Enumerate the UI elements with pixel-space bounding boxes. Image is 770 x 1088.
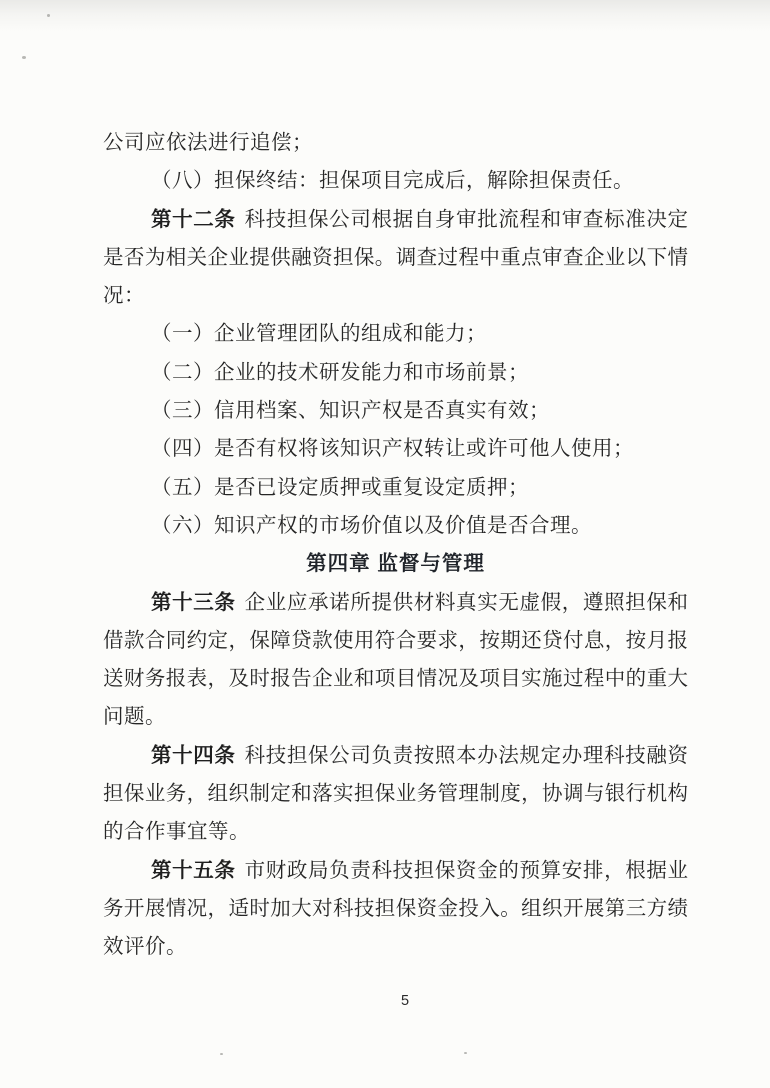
article-number: 第十三条 — [151, 592, 236, 614]
line-text: 况： — [103, 285, 145, 307]
line-text: 问题。 — [103, 706, 166, 728]
list-item-line: （五）是否已设定质押或重复设定质押； — [103, 469, 688, 507]
line-text: （六）知识产权的市场价值以及价值是否合理。 — [151, 515, 592, 537]
article-number: 第十五条 — [151, 860, 236, 882]
scan-speck — [22, 56, 26, 59]
line-text: 公司应依法进行追偿； — [103, 132, 313, 154]
line-text: （三）信用档案、知识产权是否真实有效； — [151, 400, 550, 422]
line-text: （八）担保终结：担保项目完成后，解除担保责任。 — [151, 170, 634, 192]
line-text: （四）是否有权将该知识产权转让或许可他人使用； — [151, 438, 634, 460]
body-line: 况： — [103, 277, 688, 315]
line-text: 借款合同约定，保障贷款使用符合要求，按期还贷付息，按月报 — [103, 630, 688, 652]
article-number: 第十四条 — [151, 745, 236, 767]
article-line: 第十三条企业应承诺所提供材料真实无虚假，遵照担保和 — [103, 584, 688, 622]
article-line: 第十二条科技担保公司根据自身审批流程和审查标准决定 — [103, 201, 688, 239]
line-text: 效评价。 — [103, 936, 187, 958]
line-text: 科技担保公司负责按照本办法规定办理科技融资 — [245, 745, 688, 767]
body-line: 务开展情况，适时加大对科技担保资金投入。组织开展第三方绩 — [103, 890, 688, 928]
scan-speck — [220, 1053, 223, 1055]
body-line: 公司应依法进行追偿； — [103, 124, 688, 162]
document-body: 公司应依法进行追偿； （八）担保终结：担保项目完成后，解除担保责任。 第十二条科… — [103, 124, 688, 967]
line-text: 担保业务，组织制定和落实担保业务管理制度，协调与银行机构 — [103, 783, 688, 805]
body-line: 借款合同约定，保障贷款使用符合要求，按期还贷付息，按月报 — [103, 622, 688, 660]
list-item-line: （二）企业的技术研发能力和市场前景； — [103, 354, 688, 392]
list-item-line: （三）信用档案、知识产权是否真实有效； — [103, 392, 688, 430]
scan-speck — [464, 1052, 467, 1054]
chapter-heading: 第四章 监督与管理 — [103, 545, 688, 583]
scan-shadow-top — [0, 0, 770, 32]
line-text: 送财务报表，及时报告企业和项目情况及项目实施过程中的重大 — [103, 668, 688, 690]
body-line: 是否为相关企业提供融资担保。调查过程中重点审查企业以下情 — [103, 239, 688, 277]
body-line: 效评价。 — [103, 928, 688, 966]
article-number: 第十二条 — [151, 209, 236, 231]
line-text: 的合作事宜等。 — [103, 821, 250, 843]
line-text: 企业应承诺所提供材料真实无虚假，遵照担保和 — [245, 592, 688, 614]
line-text: 市财政局负责科技担保资金的预算安排，根据业 — [245, 860, 688, 882]
article-line: 第十四条科技担保公司负责按照本办法规定办理科技融资 — [103, 737, 688, 775]
body-line: 的合作事宜等。 — [103, 813, 688, 851]
scanned-document-page: 公司应依法进行追偿； （八）担保终结：担保项目完成后，解除担保责任。 第十二条科… — [0, 0, 770, 1088]
body-line: 送财务报表，及时报告企业和项目情况及项目实施过程中的重大 — [103, 660, 688, 698]
chapter-heading-text: 第四章 监督与管理 — [306, 552, 485, 575]
clause-line: （八）担保终结：担保项目完成后，解除担保责任。 — [103, 162, 688, 200]
list-item-line: （四）是否有权将该知识产权转让或许可他人使用； — [103, 430, 688, 468]
line-text: 是否为相关企业提供融资担保。调查过程中重点审查企业以下情 — [103, 247, 688, 269]
list-item-line: （一）企业管理团队的组成和能力； — [103, 315, 688, 353]
scan-speck — [47, 14, 50, 17]
page-number: 5 — [40, 993, 770, 1009]
body-line: 问题。 — [103, 698, 688, 736]
body-line: 担保业务，组织制定和落实担保业务管理制度，协调与银行机构 — [103, 775, 688, 813]
line-text: （二）企业的技术研发能力和市场前景； — [151, 362, 529, 384]
line-text: 务开展情况，适时加大对科技担保资金投入。组织开展第三方绩 — [103, 898, 688, 920]
line-text: 科技担保公司根据自身审批流程和审查标准决定 — [245, 209, 688, 231]
article-line: 第十五条市财政局负责科技担保资金的预算安排，根据业 — [103, 852, 688, 890]
line-text: （一）企业管理团队的组成和能力； — [151, 323, 487, 345]
line-text: （五）是否已设定质押或重复设定质押； — [151, 477, 529, 499]
list-item-line: （六）知识产权的市场价值以及价值是否合理。 — [103, 507, 688, 545]
